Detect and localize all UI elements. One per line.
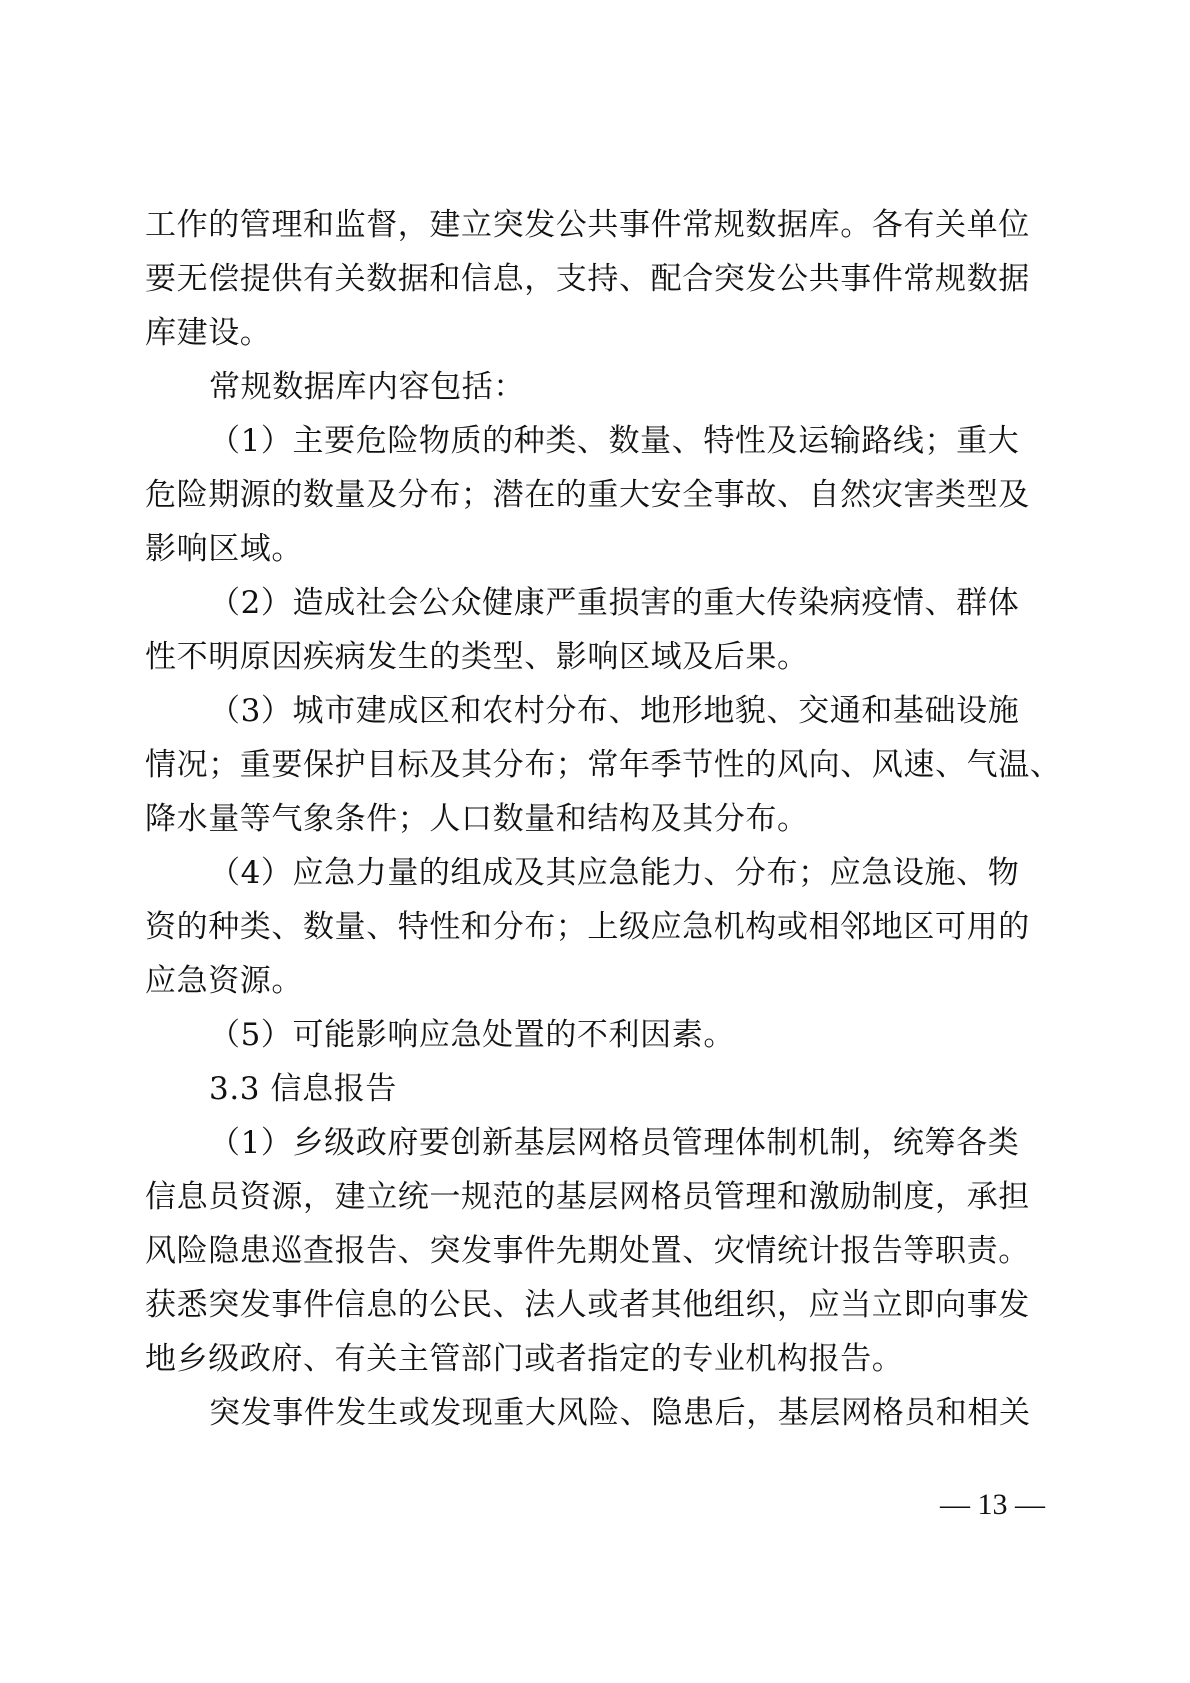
report-item-1-line: 风险隐患巡查报告、突发事件先期处置、灾情统计报告等职责。 [145,1231,1045,1271]
report-item-1-line: 地乡级政府、有关主管部门或者指定的专业机构报告。 [145,1339,1045,1379]
list-item-4-line: （4）应急力量的组成及其应急能力、分布；应急设施、物 [209,853,1109,893]
list-item-2-line: 性不明原因疾病发生的类型、影响区域及后果。 [145,637,1045,677]
paragraph-line: 突发事件发生或发现重大风险、隐患后，基层网格员和相关 [209,1393,1109,1433]
section-heading: 3.3 信息报告 [209,1069,1109,1109]
body-text-line: 工作的管理和监督，建立突发公共事件常规数据库。各有关单位 [145,205,1045,245]
list-item-2-line: （2）造成社会公众健康严重损害的重大传染病疫情、群体 [209,583,1109,623]
list-item-3-line: 情况；重要保护目标及其分布；常年季节性的风向、风速、气温、 [145,745,1045,785]
report-item-1-line: （1）乡级政府要创新基层网格员管理体制机制，统筹各类 [209,1123,1109,1163]
list-item-1-line: 危险期源的数量及分布；潜在的重大安全事故、自然灾害类型及 [145,475,1045,515]
body-text-line: 库建设。 [145,313,1045,353]
body-text-line: 要无偿提供有关数据和信息，支持、配合突发公共事件常规数据 [145,259,1045,299]
report-item-1-line: 获悉突发事件信息的公民、法人或者其他组织，应当立即向事发 [145,1285,1045,1325]
page-number: — 13 — [940,1487,1050,1523]
list-item-1-line: 影响区域。 [145,529,1045,569]
list-item-5-line: （5）可能影响应急处置的不利因素。 [209,1015,1109,1055]
report-item-1-line: 信息员资源，建立统一规范的基层网格员管理和激励制度，承担 [145,1177,1045,1217]
list-item-3-line: 降水量等气象条件；人口数量和结构及其分布。 [145,799,1045,839]
list-item-4-line: 资的种类、数量、特性和分布；上级应急机构或相邻地区可用的 [145,907,1045,947]
list-item-1-line: （1）主要危险物质的种类、数量、特性及运输路线；重大 [209,421,1109,461]
document-page: 工作的管理和监督，建立突发公共事件常规数据库。各有关单位 要无偿提供有关数据和信… [0,0,1190,1683]
list-item-3-line: （3）城市建成区和农村分布、地形地貌、交通和基础设施 [209,691,1109,731]
list-item-4-line: 应急资源。 [145,961,1045,1001]
paragraph-intro-line: 常规数据库内容包括： [209,367,1109,407]
